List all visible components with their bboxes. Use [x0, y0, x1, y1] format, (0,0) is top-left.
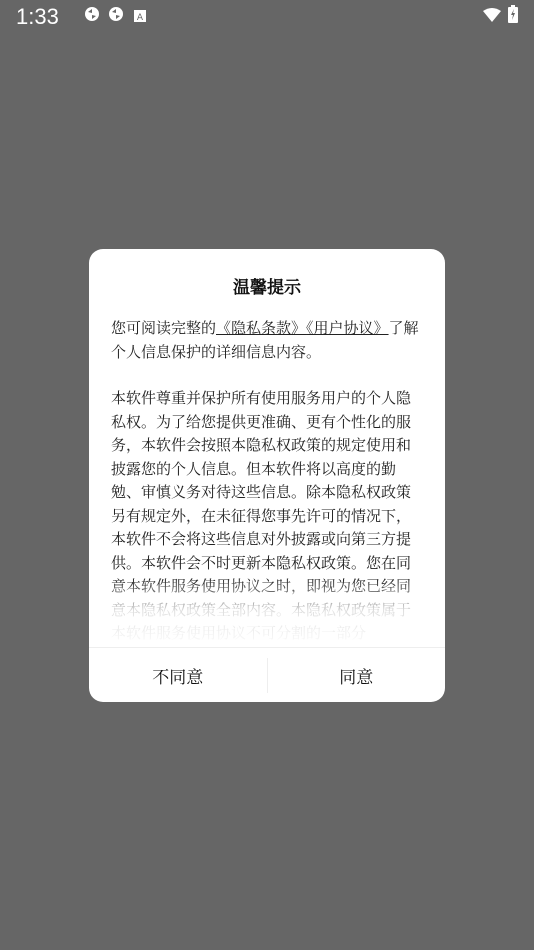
sync-icon	[84, 6, 100, 22]
intro-paragraph: 您可阅读完整的《隐私条款》《用户协议》了解个人信息保护的详细信息内容。	[111, 317, 425, 364]
dialog-button-row: 不同意 同意	[89, 647, 445, 702]
wifi-icon	[483, 7, 499, 23]
privacy-dialog: 温馨提示 您可阅读完整的《隐私条款》《用户协议》了解个人信息保护的详细信息内容。…	[89, 249, 445, 702]
user-agreement-link[interactable]: 《用户协议》	[306, 319, 389, 337]
battery-charging-icon	[508, 5, 518, 23]
privacy-terms-link[interactable]: 《隐私条款》	[216, 319, 306, 337]
status-time: 1:33	[16, 4, 59, 30]
dialog-title: 温馨提示	[89, 273, 445, 298]
text-a-icon: A	[134, 7, 146, 19]
agree-button[interactable]: 同意	[268, 648, 446, 702]
intro-prefix: 您可阅读完整的	[111, 319, 216, 337]
status-bar: 1:33 A	[0, 0, 534, 32]
svg-text:A: A	[137, 13, 144, 22]
scroll-fade	[89, 579, 445, 649]
disagree-button[interactable]: 不同意	[89, 648, 267, 702]
sync-icon	[108, 6, 124, 22]
